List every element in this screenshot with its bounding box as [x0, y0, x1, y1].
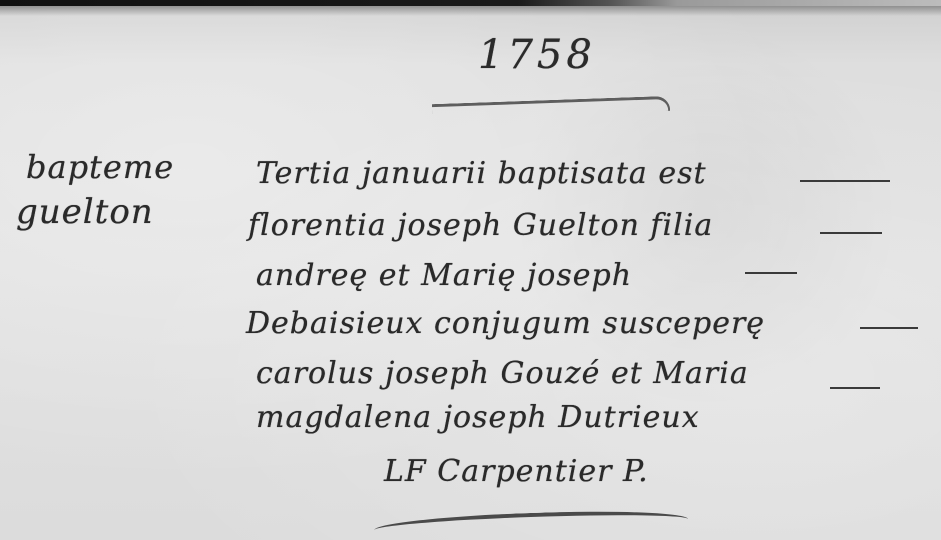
- line-filler-3: [745, 272, 797, 274]
- scanned-register-page: 1758 bapteme guelton Tertia januarii bap…: [0, 0, 941, 540]
- entry-line-1: Tertia januarii baptisata est: [256, 156, 707, 191]
- page-top-shadow: [0, 6, 941, 16]
- priest-signature: LF Carpentier P.: [384, 454, 649, 489]
- year-underline: [432, 96, 670, 119]
- line-filler-1: [800, 180, 890, 182]
- line-filler-2: [820, 232, 882, 234]
- margin-note-bapteme: bapteme: [26, 148, 174, 186]
- entry-line-4: Debaisieux conjugum susceperę: [246, 306, 765, 341]
- signature-underline: [374, 508, 688, 533]
- entry-line-2: florentia joseph Guelton filia: [248, 208, 713, 243]
- margin-note-surname: guelton: [16, 192, 154, 232]
- entry-line-6: magdalena joseph Dutrieux: [256, 400, 700, 435]
- line-filler-5: [830, 387, 880, 389]
- entry-line-3: andreę et Marię joseph: [256, 258, 632, 293]
- year-heading: 1758: [478, 32, 596, 78]
- line-filler-4: [860, 327, 918, 329]
- entry-line-5: carolus joseph Gouzé et Maria: [256, 356, 749, 391]
